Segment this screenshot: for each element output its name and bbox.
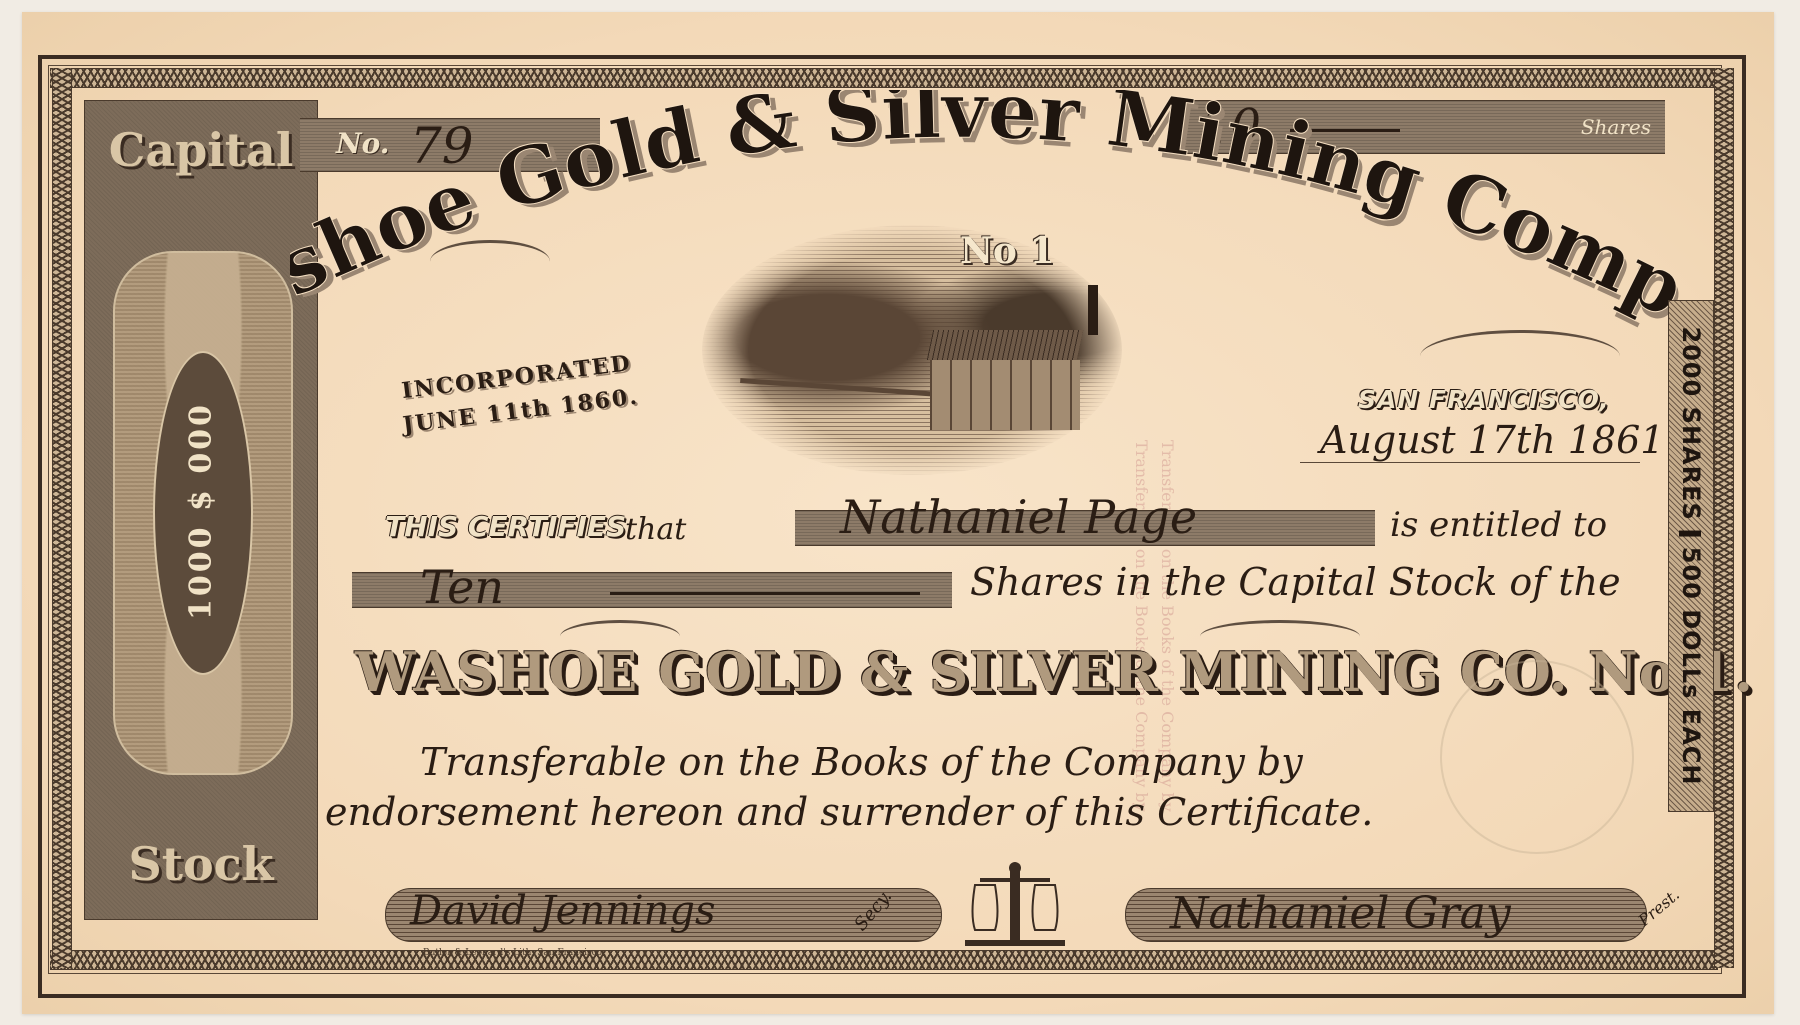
city-label: SAN FRANCISCO,	[1358, 385, 1610, 414]
rope-border-top	[50, 68, 1718, 88]
stock-label: Stock	[85, 837, 317, 891]
shares-in-text: Shares in the Capital Stock of the	[970, 560, 1621, 604]
svg-text:Washoe Gold & Silver Mining Co: Washoe Gold & Silver Mining Company	[290, 90, 1680, 335]
flourish-icon	[1420, 330, 1620, 383]
shares-written: Ten	[420, 560, 504, 614]
shares-written-dash	[610, 592, 920, 595]
share-details-text: 2000 SHARES500 DOLLs EACH	[1677, 327, 1705, 786]
holder-name: Nathaniel Page	[840, 490, 1197, 544]
secretary-signature: David Jennings	[410, 888, 716, 934]
that-text: that	[625, 512, 686, 547]
mill-body	[930, 360, 1080, 430]
president-signature: Nathaniel Gray	[1170, 888, 1511, 939]
par-value: 500 DOLLs EACH	[1677, 547, 1705, 786]
printer-imprint: Butler & Leonard's Lith. San Francisco	[423, 948, 602, 958]
rope-border-right	[1714, 68, 1734, 968]
embossed-seal	[1440, 660, 1634, 854]
entitled-text: is entitled to	[1390, 505, 1607, 545]
issue-date: August 17th 1861	[1320, 418, 1664, 462]
capital-amount: 1000 $ 000	[184, 402, 219, 620]
share-details-banner: 2000 SHARES500 DOLLs EACH	[1668, 300, 1714, 812]
transfer-text-line-2: endorsement hereon and surrender of this…	[325, 790, 1373, 834]
rope-border-bottom	[50, 950, 1718, 970]
capital-stock-panel: Capital 1000 $ 000 Stock	[84, 100, 318, 920]
flourish-icon	[430, 240, 550, 283]
company-title: Washoe Gold & Silver Mining Company Wash…	[290, 90, 1680, 350]
certifies-label: THIS CERTIFIES	[385, 510, 626, 543]
separator	[1679, 531, 1701, 537]
transfer-text-line-1: Transferable on the Books of the Company…	[420, 740, 1303, 784]
date-line	[1300, 462, 1640, 463]
rope-border-left	[52, 68, 72, 968]
capital-label: Capital	[85, 123, 317, 177]
scales-of-justice-icon	[960, 860, 1070, 950]
total-shares: 2000 SHARES	[1677, 327, 1705, 521]
arched-title-svg: Washoe Gold & Silver Mining Company Wash…	[290, 90, 1680, 350]
